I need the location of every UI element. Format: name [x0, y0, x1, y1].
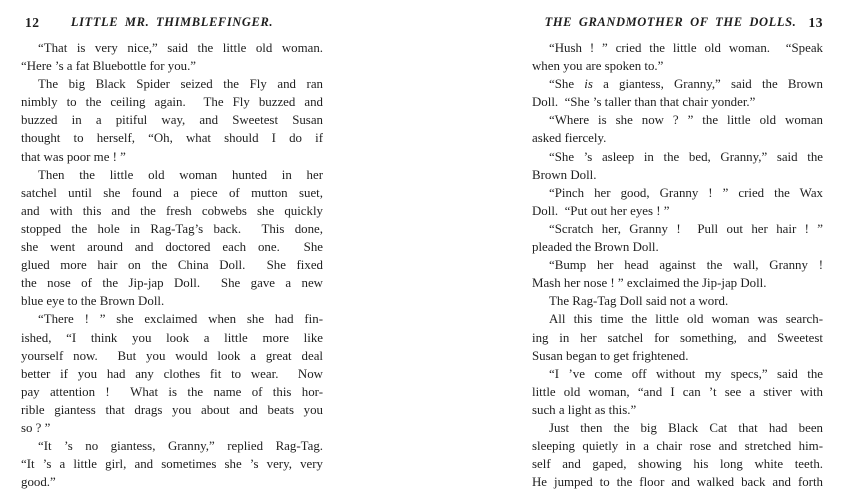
text-line: “It ’s a little girl, and sometimes she … [21, 455, 323, 473]
text-line: satchel until she found a piece of mutto… [21, 184, 323, 202]
text-line: good.” [21, 473, 323, 491]
right-page-header: THE GRANDMOTHER OF THE DOLLS. 13 [532, 15, 823, 32]
text-line: “She ’s asleep in the bed, Granny,” said… [532, 148, 823, 166]
text-line: “It ’s no giantess, Granny,” replied Rag… [21, 437, 323, 455]
left-page-header: 12 LITTLE MR. THIMBLEFINGER. [21, 15, 323, 32]
text-line: so ? ” [21, 419, 323, 437]
text-line: stopped the hole in Rag-Tag’s back. This… [21, 220, 323, 238]
text-line: better if you had any clothes fit to wea… [21, 365, 323, 383]
text-line: “Pinch her good, Granny ! ” cried the Wa… [532, 184, 823, 202]
text-line: rible giantess that drags you about and … [21, 401, 323, 419]
text-line: Doll. “She ’s taller than that chair yon… [532, 93, 823, 111]
left-page-text: “That is very nice,” said the little old… [21, 39, 323, 491]
text-line: self and gaped, showing his long white t… [532, 455, 823, 473]
text-line: Brown Doll. [532, 166, 823, 184]
text-line: Susan began to get frightened. [532, 347, 823, 365]
left-running-title: LITTLE MR. THIMBLEFINGER. [21, 15, 323, 30]
text-line: The big Black Spider seized the Fly and … [21, 75, 323, 93]
text-line: the nose of the Jip-jap Doll. She gave a… [21, 274, 323, 292]
text-line: “I ’ve come off without my specs,” said … [532, 365, 823, 383]
text-line: All this time the little old woman was s… [532, 310, 823, 328]
text-line: Just then the big Black Cat that had bee… [532, 419, 823, 437]
text-line: “Scratch her, Granny ! Pull out her hair… [532, 220, 823, 238]
text-line: “Hush ! ” cried the little old woman. “S… [532, 39, 823, 57]
text-line: and with this and the fresh cobwebs she … [21, 202, 323, 220]
text-line: such a light as this.” [532, 401, 823, 419]
text-line: little old woman, “and I can ’t see a st… [532, 383, 823, 401]
text-line: glued more hair on the China Doll. She f… [21, 256, 323, 274]
text-line: “She is a giantess, Granny,” said the Br… [532, 75, 823, 93]
left-page: 12 LITTLE MR. THIMBLEFINGER. “That is ve… [21, 0, 323, 500]
text-line: Mash her nose ! ” exclaimed the Jip-jap … [532, 274, 823, 292]
text-line: nimbly to the ceiling again. The Fly buz… [21, 93, 323, 111]
text-line: pay attention ! What is the name of this… [21, 383, 323, 401]
text-line: when you are spoken to.” [532, 57, 823, 75]
text-line: “Here ’s a fat Bluebottle for you.” [21, 57, 323, 75]
left-page-number: 12 [25, 15, 40, 31]
text-line: The Rag-Tag Doll said not a word. [532, 292, 823, 310]
text-line: that was poor me ! ” [21, 148, 323, 166]
text-line: ing in her satchel for something, and Sw… [532, 329, 823, 347]
text-line: He jumped to the floor and walked back a… [532, 473, 823, 491]
book-spread: 12 LITTLE MR. THIMBLEFINGER. “That is ve… [0, 0, 847, 500]
text-line: pleaded the Brown Doll. [532, 238, 823, 256]
right-page-number: 13 [809, 15, 824, 31]
right-page-text: “Hush ! ” cried the little old woman. “S… [532, 39, 823, 491]
text-line: asked fiercely. [532, 129, 823, 147]
text-line: “Bump her head against the wall, Granny … [532, 256, 823, 274]
text-line: thought to herself, “Oh, what should I d… [21, 129, 323, 147]
text-line: Then the little old woman hunted in her [21, 166, 323, 184]
text-line: buzzed in a pitiful way, and Sweetest Su… [21, 111, 323, 129]
text-line: “Where is she now ? ” the little old wom… [532, 111, 823, 129]
right-running-title: THE GRANDMOTHER OF THE DOLLS. [532, 15, 823, 30]
text-line: yourself now. But you would look a great… [21, 347, 323, 365]
text-line: sleeping quietly in a chair rose and str… [532, 437, 823, 455]
text-line: she went around and doctored each one. S… [21, 238, 323, 256]
text-line: blue eye to the Brown Doll. [21, 292, 323, 310]
text-line: ished, “I think you look a little more l… [21, 329, 323, 347]
text-line: “There ! ” she exclaimed when she had fi… [21, 310, 323, 328]
text-line: “That is very nice,” said the little old… [21, 39, 323, 57]
text-line: Doll. “Put out her eyes ! ” [532, 202, 823, 220]
right-page: THE GRANDMOTHER OF THE DOLLS. 13 “Hush !… [532, 0, 823, 500]
